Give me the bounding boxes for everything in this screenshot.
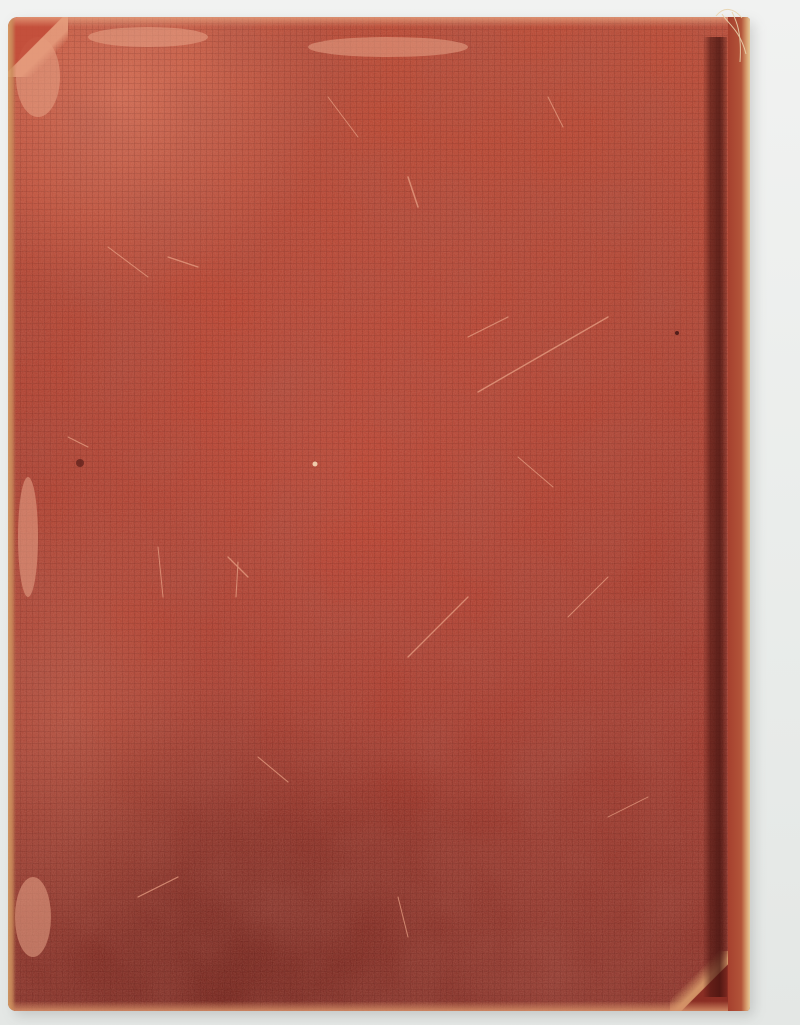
frayed-threads-top xyxy=(712,4,758,64)
book-cover xyxy=(8,17,750,1011)
worn-edge-bottom xyxy=(8,1001,750,1011)
page-edge-left xyxy=(8,17,16,1011)
worn-edge-top xyxy=(8,17,750,27)
wear-scratches xyxy=(8,17,750,1011)
spine-edge xyxy=(728,17,750,1011)
spine-hinge-groove xyxy=(703,37,727,997)
